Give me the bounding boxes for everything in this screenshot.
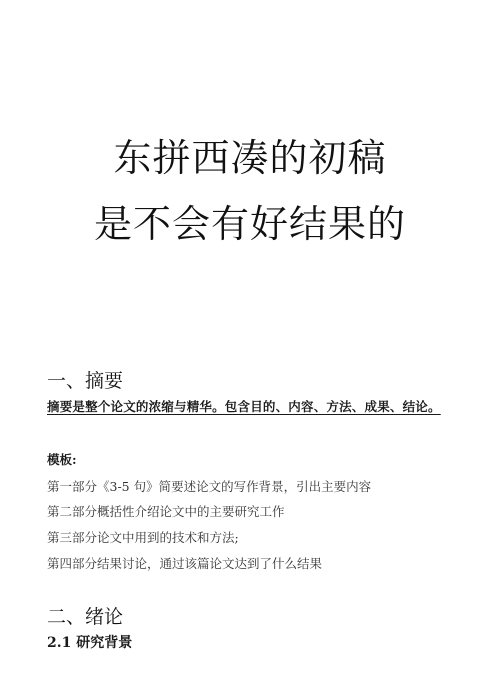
template-item-3: 第三部分论文中用到的技术和方法; [47, 529, 239, 547]
subsection-heading-research-background: 2.1 研究背景 [47, 633, 132, 653]
template-item-2: 第二部分概括性介绍论文中的主要研究工作 [47, 503, 285, 521]
title-line-1: 东拼西凑的初稿 [0, 136, 500, 180]
section-heading-introduction: 二、绪论 [47, 605, 123, 629]
abstract-summary: 摘要是整个论文的浓缩与精华。包含目的、内容、方法、成果、结论。 [47, 398, 441, 416]
template-item-4: 第四部分结果讨论，通过该篇论文达到了什么结果 [47, 555, 322, 573]
template-item-1: 第一部分《3-5 句》简要述论文的写作背景，引出主要内容 [47, 478, 371, 496]
template-label: 模板: [47, 451, 77, 469]
section-heading-abstract: 一、摘要 [47, 369, 123, 393]
title-line-2: 是不会有好结果的 [0, 202, 500, 246]
document-page: 东拼西凑的初稿 是不会有好结果的 一、摘要 摘要是整个论文的浓缩与精华。包含目的… [0, 0, 500, 694]
